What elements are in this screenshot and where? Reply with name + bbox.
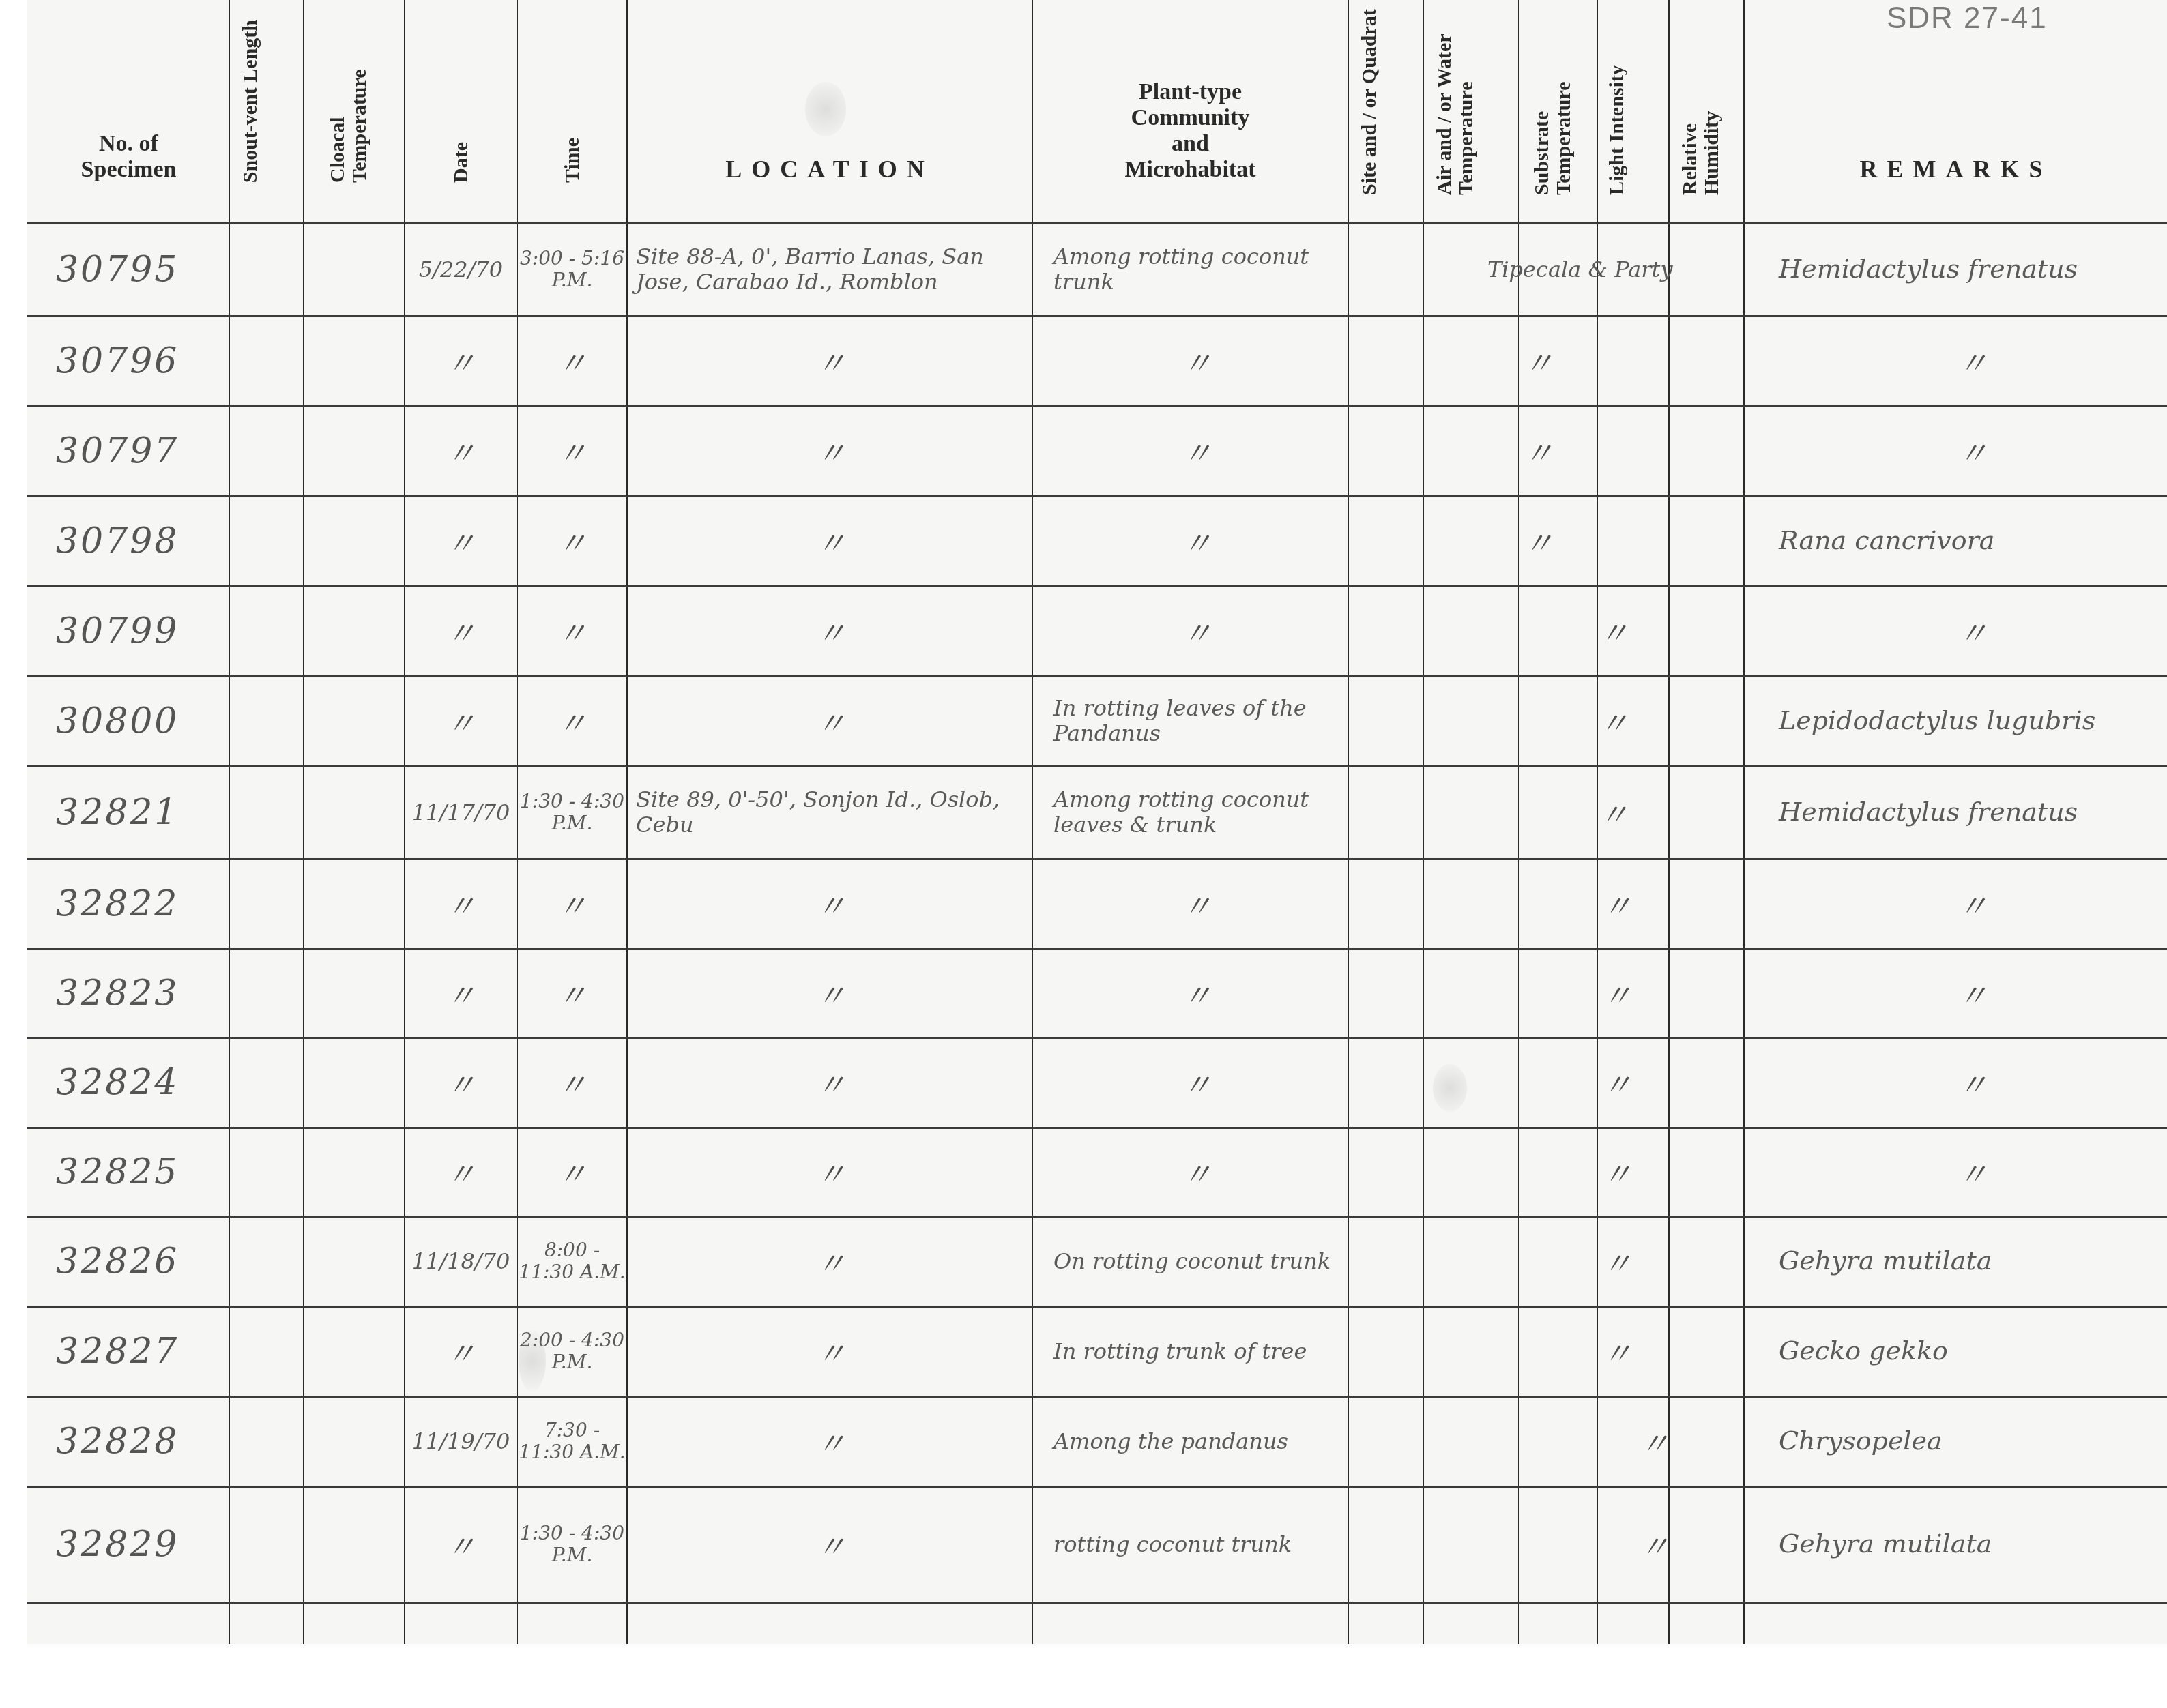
microhabitat-cell: 〃 bbox=[1033, 1038, 1348, 1127]
remarks-cell: 〃 bbox=[1745, 316, 2167, 405]
specimen-number: 30800 bbox=[29, 677, 229, 765]
header-date: Date bbox=[405, 0, 517, 222]
specimen-number: 30795 bbox=[29, 224, 229, 315]
light-intensity-ditto: 〃 bbox=[1586, 1128, 1648, 1216]
location-cell: Site 89, 0'-50', Sonjon Id., Oslob, Cebu bbox=[628, 767, 1032, 858]
specimen-number: 32823 bbox=[29, 949, 229, 1037]
location-cell: 〃 bbox=[628, 497, 1032, 585]
date-cell: 〃 bbox=[405, 859, 517, 948]
location-cell: 〃 bbox=[628, 407, 1032, 495]
time-cell: 〃 bbox=[518, 407, 626, 495]
header-label: Specimen bbox=[81, 157, 177, 183]
remarks-cell: 〃 bbox=[1745, 1128, 2167, 1216]
time-cell: 〃 bbox=[518, 316, 626, 405]
time-cell: 1:30 - 4:30 P.M. bbox=[518, 767, 626, 858]
remarks-cell: Hemidactylus frenatus bbox=[1745, 224, 2167, 315]
microhabitat-cell: In rotting trunk of tree bbox=[1033, 1307, 1348, 1396]
location-cell: 〃 bbox=[628, 1307, 1032, 1396]
remarks-cell: Gehyra mutilata bbox=[1745, 1217, 2167, 1306]
header-label: No. of bbox=[81, 131, 177, 157]
location-cell: 〃 bbox=[628, 1487, 1032, 1602]
date-cell: 〃 bbox=[405, 1487, 517, 1602]
date-cell: 〃 bbox=[405, 1307, 517, 1396]
location-cell: Site 88-A, 0', Barrio Lanas, San Jose, C… bbox=[628, 224, 1032, 315]
header-label: Date bbox=[450, 142, 472, 183]
microhabitat-cell: 〃 bbox=[1033, 587, 1348, 675]
date-cell: 〃 bbox=[405, 316, 517, 405]
specimen-number: 30798 bbox=[29, 497, 229, 585]
header-air-water-temperature: Air and / or Water Temperature bbox=[1424, 0, 1518, 222]
date-cell: 11/18/70 bbox=[405, 1217, 517, 1306]
remarks-cell: Chrysopelea bbox=[1745, 1397, 2167, 1486]
date-cell: 5/22/70 bbox=[405, 224, 517, 315]
time-cell: 1:30 - 4:30 P.M. bbox=[518, 1487, 626, 1602]
header-site-quadrat: Site and / or Quadrat bbox=[1349, 0, 1423, 222]
specimen-number: 32821 bbox=[29, 767, 229, 858]
header-label: Community bbox=[1124, 105, 1255, 131]
specimen-number: 32825 bbox=[29, 1128, 229, 1216]
remarks-cell: 〃 bbox=[1745, 949, 2167, 1037]
header-substrate-temperature: Substrate Temperature bbox=[1519, 0, 1597, 222]
location-cell: 〃 bbox=[628, 1038, 1032, 1127]
microhabitat-cell: Among rotting coconut trunk bbox=[1033, 224, 1348, 315]
light-intensity-ditto: 〃 bbox=[1586, 949, 1648, 1037]
location-cell: 〃 bbox=[628, 1217, 1032, 1306]
time-cell: 7:30 - 11:30 A.M. bbox=[518, 1397, 626, 1486]
header-specimen-number: No. ofSpecimen bbox=[29, 0, 229, 222]
paper-smudge bbox=[805, 82, 846, 136]
location-cell: 〃 bbox=[628, 859, 1032, 948]
specimen-number: 32826 bbox=[29, 1217, 229, 1306]
microhabitat-cell: rotting coconut trunk bbox=[1033, 1487, 1348, 1602]
light-intensity-ditto: 〃 bbox=[1583, 767, 1644, 858]
header-label: Light Intensity bbox=[1606, 45, 1661, 195]
header-label: and bbox=[1124, 131, 1255, 157]
row-divider bbox=[27, 1602, 2167, 1604]
microhabitat-cell: On rotting coconut trunk bbox=[1033, 1217, 1348, 1306]
remarks-cell: Hemidactylus frenatus bbox=[1745, 767, 2167, 858]
microhabitat-cell: Among the pandanus bbox=[1033, 1397, 1348, 1486]
light-intensity-ditto: 〃 bbox=[1583, 677, 1644, 765]
date-cell: 〃 bbox=[405, 949, 517, 1037]
time-cell: 3:00 - 5:16 P.M. bbox=[518, 224, 626, 315]
header-cloacal-temperature: Cloacal Temperature bbox=[304, 0, 404, 222]
remarks-cell: 〃 bbox=[1745, 1038, 2167, 1127]
header-label: Air and / or Water Temperature bbox=[1434, 4, 1509, 195]
date-cell: 〃 bbox=[405, 407, 517, 495]
remarks-cell: Lepidodactylus lugubris bbox=[1745, 677, 2167, 765]
microhabitat-cell: Among rotting coconut leaves & trunk bbox=[1033, 767, 1348, 858]
location-cell: 〃 bbox=[628, 316, 1032, 405]
light-intensity-ditto: 〃 bbox=[1583, 587, 1644, 675]
light-intensity-ditto: 〃 bbox=[1586, 1038, 1648, 1127]
remarks-cell: 〃 bbox=[1745, 407, 2167, 495]
header-label: Microhabitat bbox=[1124, 157, 1255, 183]
header-label: LOCATION bbox=[725, 156, 933, 183]
location-cell: 〃 bbox=[628, 677, 1032, 765]
header-label: REMARKS bbox=[1859, 156, 2052, 183]
collector-note: Tipecala & Party bbox=[1487, 224, 1699, 315]
time-cell: 〃 bbox=[518, 949, 626, 1037]
microhabitat-cell: 〃 bbox=[1033, 949, 1348, 1037]
location-cell: 〃 bbox=[628, 1128, 1032, 1216]
specimen-number: 30799 bbox=[29, 587, 229, 675]
location-cell: 〃 bbox=[628, 1397, 1032, 1486]
specimen-number: 30797 bbox=[29, 407, 229, 495]
header-relative-humidity: Relative Humidity bbox=[1670, 0, 1743, 222]
light-intensity-ditto: 〃 bbox=[1624, 1487, 1685, 1602]
paper-smudge bbox=[1433, 1064, 1467, 1112]
time-cell: 〃 bbox=[518, 497, 626, 585]
remarks-cell: Rana cancrivora bbox=[1745, 497, 2167, 585]
header-remarks: REMARKS bbox=[1745, 0, 2167, 222]
header-label: Plant-type bbox=[1124, 79, 1255, 105]
time-cell: 〃 bbox=[518, 859, 626, 948]
location-cell: 〃 bbox=[628, 587, 1032, 675]
light-intensity-ditto: 〃 bbox=[1508, 407, 1569, 495]
microhabitat-cell: 〃 bbox=[1033, 497, 1348, 585]
header-snout-vent-length: Snout-vent Length bbox=[230, 0, 303, 222]
header-label: Relative Humidity bbox=[1679, 45, 1734, 195]
header-label: Time bbox=[562, 138, 583, 183]
light-intensity-ditto: 〃 bbox=[1586, 1217, 1648, 1306]
microhabitat-cell: In rotting leaves of the Pandanus bbox=[1033, 677, 1348, 765]
specimen-number: 32829 bbox=[29, 1487, 229, 1602]
date-cell: 〃 bbox=[405, 1038, 517, 1127]
time-cell: 〃 bbox=[518, 1128, 626, 1216]
microhabitat-cell: 〃 bbox=[1033, 407, 1348, 495]
header-label: Substrate Temperature bbox=[1531, 4, 1586, 195]
date-cell: 〃 bbox=[405, 497, 517, 585]
time-cell: 〃 bbox=[518, 587, 626, 675]
header-light-intensity: Light Intensity bbox=[1598, 0, 1668, 222]
light-intensity-ditto: 〃 bbox=[1624, 1397, 1685, 1486]
date-cell: 11/17/70 bbox=[405, 767, 517, 858]
microhabitat-cell: 〃 bbox=[1033, 316, 1348, 405]
date-cell: 〃 bbox=[405, 587, 517, 675]
date-cell: 〃 bbox=[405, 677, 517, 765]
specimen-number: 30796 bbox=[29, 316, 229, 405]
light-intensity-ditto: 〃 bbox=[1508, 497, 1569, 585]
time-cell: 8:00 - 11:30 A.M. bbox=[518, 1217, 626, 1306]
specimen-number: 32822 bbox=[29, 859, 229, 948]
remarks-cell: Gecko gekko bbox=[1745, 1307, 2167, 1396]
specimen-number: 32828 bbox=[29, 1397, 229, 1486]
header-plant-type: Plant-type Community and Microhabitat bbox=[1033, 0, 1348, 222]
date-cell: 11/19/70 bbox=[405, 1397, 517, 1486]
remarks-cell: Gehyra mutilata bbox=[1745, 1487, 2167, 1602]
light-intensity-ditto: 〃 bbox=[1586, 859, 1648, 948]
microhabitat-cell: 〃 bbox=[1033, 1128, 1348, 1216]
time-cell: 〃 bbox=[518, 1038, 626, 1127]
header-time: Time bbox=[518, 0, 626, 222]
remarks-cell: 〃 bbox=[1745, 859, 2167, 948]
light-intensity-ditto: 〃 bbox=[1508, 316, 1569, 405]
paper-smudge bbox=[519, 1330, 546, 1392]
location-cell: 〃 bbox=[628, 949, 1032, 1037]
header-label: Snout-vent Length bbox=[239, 20, 294, 183]
microhabitat-cell: 〃 bbox=[1033, 859, 1348, 948]
date-cell: 〃 bbox=[405, 1128, 517, 1216]
remarks-cell: 〃 bbox=[1745, 587, 2167, 675]
header-label: Site and / or Quadrat bbox=[1358, 4, 1413, 195]
specimen-number: 32824 bbox=[29, 1038, 229, 1127]
time-cell: 〃 bbox=[518, 677, 626, 765]
light-intensity-ditto: 〃 bbox=[1586, 1307, 1648, 1396]
specimen-number: 32827 bbox=[29, 1307, 229, 1396]
header-label: Cloacal Temperature bbox=[327, 5, 381, 183]
